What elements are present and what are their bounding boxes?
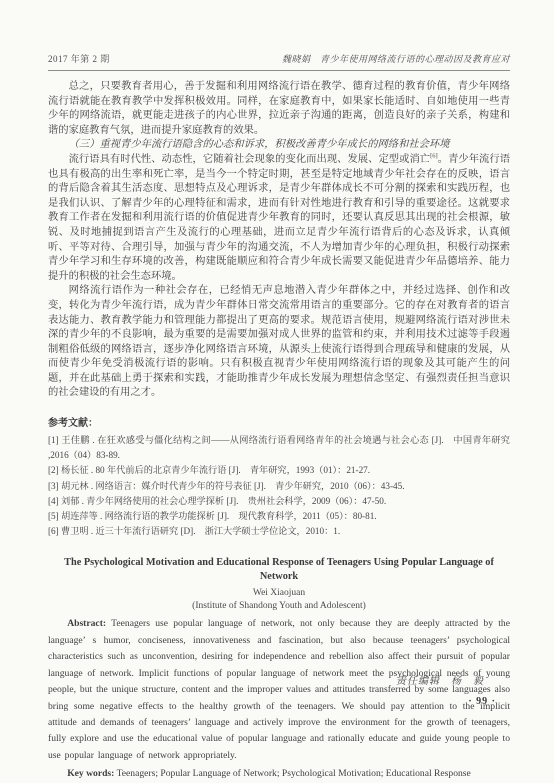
article-body: 总之，只要教育者用心，善于发掘和利用网络流行语在教学、德育过程的教育价值，青少年… bbox=[48, 80, 510, 401]
paragraph-popular-language-text: 流行语具有时代性、动态性，它随着社会现象的变化而出现、发展、定型或消亡 bbox=[69, 154, 431, 165]
reference-item: [3] 胡元林 . 网络语言：媒介时代青少年的符号表征 [J]. 青少年研究，2… bbox=[48, 479, 510, 494]
paragraph-popular-language: 流行语具有时代性、动态性，它随着社会现象的变化而出现、发展、定型或消亡[6]。青… bbox=[48, 153, 510, 284]
running-header: 2017 年第 2 期 魏晓娟 青少年使用网络流行语的心理动因及教育应对 bbox=[48, 52, 510, 71]
section-heading-three: （三）重视青少年流行语隐含的心态和诉求，积极改善青少年成长的网络和社会环境 bbox=[48, 138, 510, 153]
paragraph-conclusion: 总之，只要教育者用心，善于发掘和利用网络流行语在教学、德育过程的教育价值，青少年… bbox=[48, 80, 510, 138]
paragraph-popular-language-rest: 。青少年流行语也具有极高的出生率和死亡率，是当今一个特定时期，甚至是特定地域青少… bbox=[48, 154, 510, 282]
journal-page: 2017 年第 2 期 魏晓娟 青少年使用网络流行语的心理动因及教育应对 总之，… bbox=[0, 0, 554, 783]
english-keywords: Key words: Teenagers; Popular Language o… bbox=[48, 766, 510, 782]
references-title: 参考文献： bbox=[48, 414, 510, 429]
reference-item: [6] 曹卫明 . 近三十年流行语研究 [D]. 浙江大学硕士学位论文，2010… bbox=[48, 524, 510, 539]
reference-item: [4] 刘郁 . 青少年网络使用的社会心理学探析 [J]. 贵州社会科学，200… bbox=[48, 494, 510, 509]
running-title: 魏晓娟 青少年使用网络流行语的心理动因及教育应对 bbox=[282, 52, 510, 65]
reference-item: [1] 王佳鹏 . 在狂欢感受与僵化结构之间——从网络流行语看网络青年的社会境遇… bbox=[48, 433, 510, 463]
references-section: 参考文献： [1] 王佳鹏 . 在狂欢感受与僵化结构之间——从网络流行语看网络青… bbox=[48, 414, 510, 539]
keywords-text: Teenagers; Popular Language of Network; … bbox=[114, 768, 470, 779]
english-affiliation: (Institute of Shandong Youth and Adolesc… bbox=[48, 601, 510, 611]
responsible-editor: 责任编辑 杨 毅 bbox=[396, 672, 484, 687]
reference-item: [5] 胡连萍等 . 网络流行语的教学功能探析 [J]. 现代教育科学，2011… bbox=[48, 509, 510, 524]
paragraph-network-language: 网络流行语作为一种社会存在，已经悄无声息地潜入青少年群体之中，并经过选择、创作和… bbox=[48, 284, 510, 401]
english-author: Wei Xiaojuan bbox=[48, 588, 510, 598]
abstract-label: Abstract: bbox=[67, 618, 106, 629]
reference-item: [2] 杨长征 . 80 年代前后的北京青少年流行语 [J]. 青年研究，199… bbox=[48, 463, 510, 478]
english-abstract-section: The Psychological Motivation and Educati… bbox=[48, 556, 510, 782]
abstract-text: Teenagers use popular language of networ… bbox=[48, 618, 510, 760]
english-title: The Psychological Motivation and Educati… bbox=[52, 556, 506, 584]
issue-label: 2017 年第 2 期 bbox=[48, 52, 110, 65]
keywords-label: Key words: bbox=[67, 768, 114, 779]
citation-marker: [6] bbox=[430, 153, 438, 160]
english-abstract: Abstract: Teenagers use popular language… bbox=[48, 616, 510, 764]
page-number: · 99 · bbox=[468, 696, 496, 707]
